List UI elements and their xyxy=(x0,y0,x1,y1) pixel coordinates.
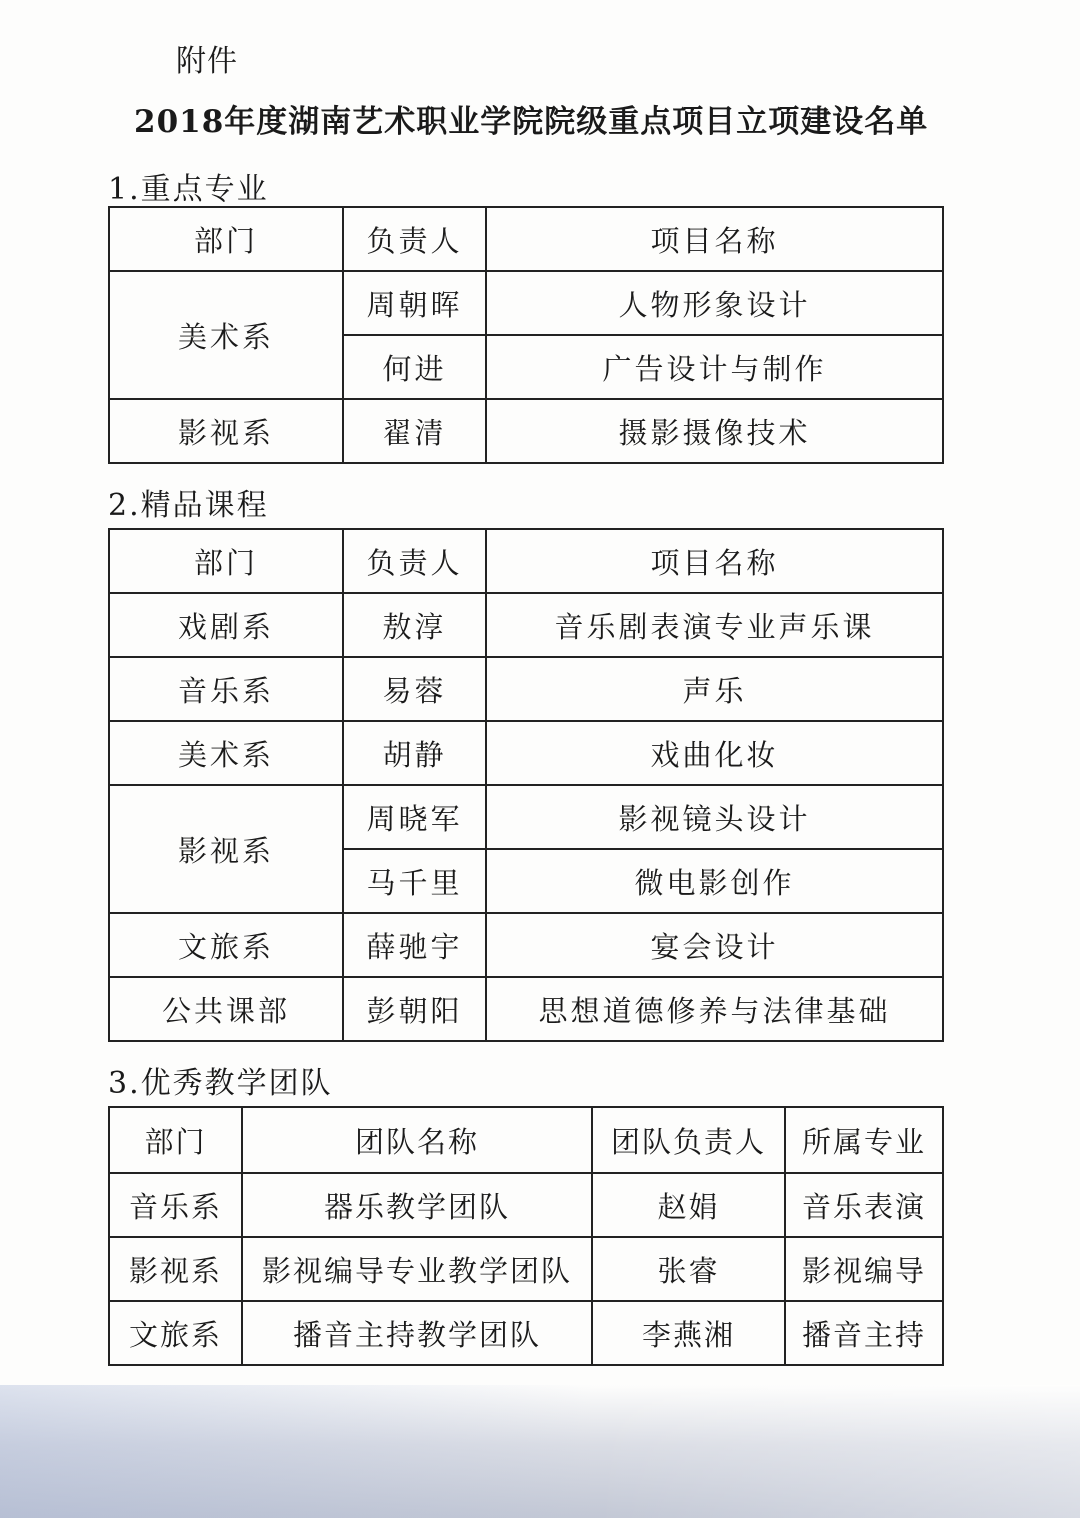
document-page: 附件 2018年度湖南艺术职业学院院级重点项目立项建设名单 1.重点专业 部门 … xyxy=(0,0,1080,1518)
dept-cell: 影视系 xyxy=(109,1237,242,1301)
table-row: 戏剧系 敖淳 音乐剧表演专业声乐课 xyxy=(109,593,943,657)
project-cell: 思想道德修养与法律基础 xyxy=(486,977,943,1041)
lead-cell: 翟清 xyxy=(343,399,486,463)
table-header-row: 部门 负责人 项目名称 xyxy=(109,529,943,593)
major-cell: 影视编导 xyxy=(785,1237,943,1301)
project-cell: 人物形象设计 xyxy=(486,271,943,335)
dept-cell: 影视系 xyxy=(109,785,343,913)
header-cell: 部门 xyxy=(109,207,343,271)
table-row: 公共课部 彭朝阳 思想道德修养与法律基础 xyxy=(109,977,943,1041)
table-row: 影视系 影视编导专业教学团队 张睿 影视编导 xyxy=(109,1237,943,1301)
project-cell: 微电影创作 xyxy=(486,849,943,913)
lead-cell: 马千里 xyxy=(343,849,486,913)
document-title: 2018年度湖南艺术职业学院院级重点项目立项建设名单 xyxy=(134,96,928,141)
project-cell: 音乐剧表演专业声乐课 xyxy=(486,593,943,657)
table-header-row: 部门 负责人 项目名称 xyxy=(109,207,943,271)
lead-cell: 敖淳 xyxy=(343,593,486,657)
lead-cell: 张睿 xyxy=(592,1237,785,1301)
header-cell: 项目名称 xyxy=(486,207,943,271)
section-heading-quality-courses: 2.精品课程 xyxy=(108,480,269,524)
table-row: 音乐系 易蓉 声乐 xyxy=(109,657,943,721)
lead-cell: 周朝晖 xyxy=(343,271,486,335)
dept-cell: 音乐系 xyxy=(109,1173,242,1237)
table-row: 文旅系 播音主持教学团队 李燕湘 播音主持 xyxy=(109,1301,943,1365)
lead-cell: 李燕湘 xyxy=(592,1301,785,1365)
teaching-teams-table: 部门 团队名称 团队负责人 所属专业 音乐系 器乐教学团队 赵娟 音乐表演 影视… xyxy=(108,1106,944,1366)
table-row: 文旅系 薛驰宇 宴会设计 xyxy=(109,913,943,977)
header-cell: 所属专业 xyxy=(785,1107,943,1173)
project-cell: 宴会设计 xyxy=(486,913,943,977)
dept-cell: 文旅系 xyxy=(109,1301,242,1365)
dept-cell: 文旅系 xyxy=(109,913,343,977)
lead-cell: 赵娟 xyxy=(592,1173,785,1237)
dept-cell: 音乐系 xyxy=(109,657,343,721)
scan-shadow xyxy=(0,1385,1080,1518)
team-cell: 播音主持教学团队 xyxy=(242,1301,592,1365)
lead-cell: 周晓军 xyxy=(343,785,486,849)
section-heading-teaching-teams: 3.优秀教学团队 xyxy=(108,1058,333,1102)
table-row: 音乐系 器乐教学团队 赵娟 音乐表演 xyxy=(109,1173,943,1237)
header-cell: 部门 xyxy=(109,1107,242,1173)
section-heading-key-majors: 1.重点专业 xyxy=(108,164,269,208)
project-cell: 声乐 xyxy=(486,657,943,721)
header-cell: 负责人 xyxy=(343,207,486,271)
dept-cell: 影视系 xyxy=(109,399,343,463)
header-cell: 团队名称 xyxy=(242,1107,592,1173)
header-cell: 团队负责人 xyxy=(592,1107,785,1173)
header-cell: 项目名称 xyxy=(486,529,943,593)
quality-courses-table: 部门 负责人 项目名称 戏剧系 敖淳 音乐剧表演专业声乐课 音乐系 易蓉 声乐 … xyxy=(108,528,944,1042)
header-cell: 部门 xyxy=(109,529,343,593)
dept-cell: 公共课部 xyxy=(109,977,343,1041)
major-cell: 播音主持 xyxy=(785,1301,943,1365)
table-row: 美术系 周朝晖 人物形象设计 xyxy=(109,271,943,335)
table-row: 影视系 翟清 摄影摄像技术 xyxy=(109,399,943,463)
project-cell: 广告设计与制作 xyxy=(486,335,943,399)
team-cell: 器乐教学团队 xyxy=(242,1173,592,1237)
attachment-label: 附件 xyxy=(176,36,238,80)
dept-cell: 戏剧系 xyxy=(109,593,343,657)
lead-cell: 易蓉 xyxy=(343,657,486,721)
team-cell: 影视编导专业教学团队 xyxy=(242,1237,592,1301)
lead-cell: 彭朝阳 xyxy=(343,977,486,1041)
project-cell: 摄影摄像技术 xyxy=(486,399,943,463)
header-cell: 负责人 xyxy=(343,529,486,593)
table-row: 美术系 胡静 戏曲化妆 xyxy=(109,721,943,785)
lead-cell: 何进 xyxy=(343,335,486,399)
key-majors-table: 部门 负责人 项目名称 美术系 周朝晖 人物形象设计 何进 广告设计与制作 影视… xyxy=(108,206,944,464)
dept-cell: 美术系 xyxy=(109,271,343,399)
major-cell: 音乐表演 xyxy=(785,1173,943,1237)
project-cell: 影视镜头设计 xyxy=(486,785,943,849)
project-cell: 戏曲化妆 xyxy=(486,721,943,785)
table-header-row: 部门 团队名称 团队负责人 所属专业 xyxy=(109,1107,943,1173)
lead-cell: 胡静 xyxy=(343,721,486,785)
lead-cell: 薛驰宇 xyxy=(343,913,486,977)
dept-cell: 美术系 xyxy=(109,721,343,785)
table-row: 影视系 周晓军 影视镜头设计 xyxy=(109,785,943,849)
